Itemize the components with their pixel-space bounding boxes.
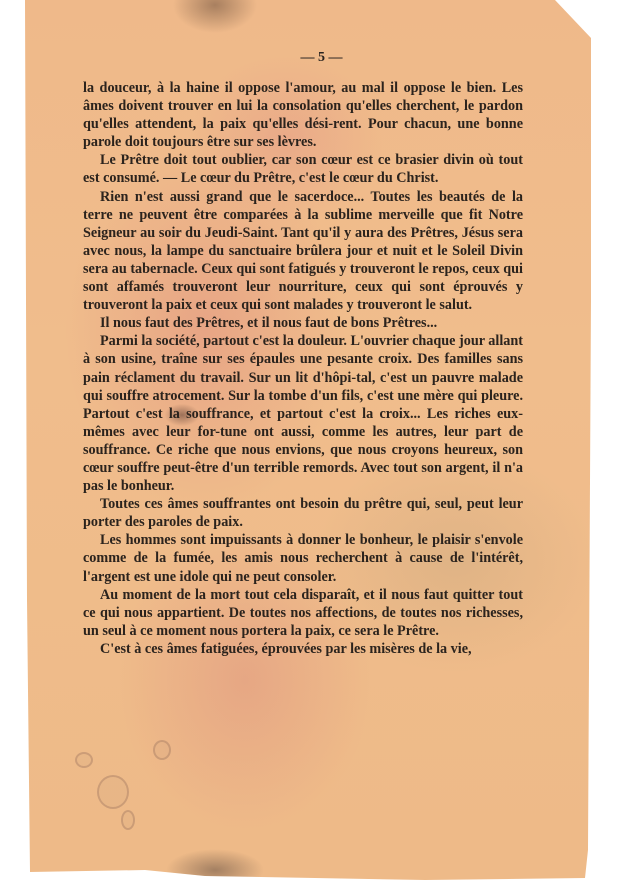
water-stain [75, 752, 93, 768]
water-stain [97, 775, 129, 809]
body-text: la douceur, à la haine il oppose l'amour… [83, 79, 523, 658]
paragraph: Au moment de la mort tout cela disparaît… [83, 586, 523, 640]
water-stain [153, 740, 171, 760]
paragraph: Le Prêtre doit tout oublier, car son cœu… [83, 151, 523, 187]
paragraph: Rien n'est aussi grand que le sacerdoce.… [83, 188, 523, 315]
paragraph: Les hommes sont impuissants à donner le … [83, 531, 523, 585]
paragraph: Parmi la société, partout c'est la doule… [83, 332, 523, 495]
page-number: — 5 — [0, 50, 643, 66]
water-stain [121, 810, 135, 830]
paragraph: Toutes ces âmes souffrantes ont besoin d… [83, 495, 523, 531]
paragraph: Il nous faut des Prêtres, et il nous fau… [83, 314, 523, 332]
paragraph: la douceur, à la haine il oppose l'amour… [83, 79, 523, 151]
paragraph: C'est à ces âmes fatiguées, éprouvées pa… [83, 640, 523, 658]
